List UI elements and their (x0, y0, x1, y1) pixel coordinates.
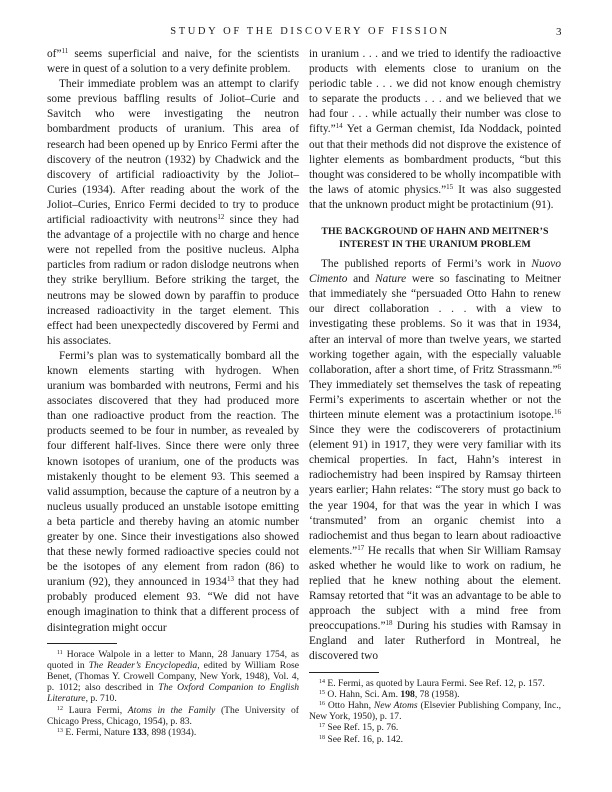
footnote-number: 17 (319, 723, 325, 729)
section-heading: THE BACKGROUND OF HAHN AND MEITNER’S INT… (309, 225, 561, 251)
left-footnotes: 11 Horace Walpole in a letter to Mann, 2… (47, 649, 299, 739)
italic-text: Atoms in the Family (128, 705, 215, 716)
footnote-ref: 16 (554, 408, 561, 416)
paragraph-p1: of”11 seems superficial and naive, for t… (47, 47, 299, 77)
footnote-rule (47, 643, 117, 644)
right-body-text-top: in uranium . . . and we tried to identif… (309, 47, 561, 213)
footnote-12: 12 Laura Fermi, Atoms in the Family (The… (47, 705, 299, 727)
italic-text: New Atoms (374, 700, 418, 711)
section-heading-line-2: INTEREST IN THE URANIUM PROBLEM (309, 238, 561, 251)
footnote-number: 16 (319, 701, 325, 707)
running-head: STUDY OF THE DISCOVERY OF FISSION (130, 26, 490, 37)
footnote-number: 12 (57, 706, 63, 712)
footnote-ref: 6 (558, 363, 562, 371)
footnote-15: 15 O. Hahn, Sci. Am. 198, 78 (1958). (309, 689, 561, 700)
footnote-number: 14 (319, 679, 325, 685)
footnote-ref: 15 (446, 183, 453, 191)
page-header: STUDY OF THE DISCOVERY OF FISSION 3 (0, 26, 612, 42)
footnote-number: 18 (319, 735, 325, 741)
footnote-ref: 13 (227, 575, 234, 583)
footnote-rule (309, 672, 379, 673)
italic-text: Nature (375, 273, 406, 285)
paragraph-p4: in uranium . . . and we tried to identif… (309, 47, 561, 213)
left-body-text: of”11 seems superficial and naive, for t… (47, 47, 299, 636)
footnote-17: 17 See Ref. 15, p. 76. (309, 722, 561, 733)
footnote-number: 13 (57, 728, 63, 734)
right-body-text-bottom: The published reports of Fermi’s work in… (309, 257, 561, 665)
footnote-ref: 14 (336, 122, 343, 130)
page-number: 3 (556, 26, 562, 38)
italic-text: The Reader’s Encyclopedia (89, 660, 198, 671)
footnote-18: 18 See Ref. 16, p. 142. (309, 734, 561, 745)
right-footnotes: 14 E. Fermi, as quoted by Laura Fermi. S… (309, 678, 561, 745)
right-column: in uranium . . . and we tried to identif… (309, 47, 561, 745)
footnote-16: 16 Otto Hahn, New Atoms (Elsevier Publis… (309, 700, 561, 722)
section-heading-line-1: THE BACKGROUND OF HAHN AND MEITNER’S (309, 225, 561, 238)
bold-text: 133 (132, 727, 146, 738)
footnote-number: 11 (57, 650, 63, 656)
footnote-13: 13 E. Fermi, Nature 133, 898 (1934). (47, 727, 299, 738)
italic-text: Nuovo Cimento (309, 258, 561, 285)
footnote-11: 11 Horace Walpole in a letter to Mann, 2… (47, 649, 299, 705)
footnote-ref: 11 (61, 47, 68, 55)
paragraph-p2: Their immediate problem was an attempt t… (47, 77, 299, 349)
footnote-ref: 12 (217, 213, 224, 221)
footnote-number: 15 (319, 690, 325, 696)
paragraph-p3: Fermi’s plan was to systematically bomba… (47, 349, 299, 636)
paragraph-p5: The published reports of Fermi’s work in… (309, 257, 561, 665)
footnote-14: 14 E. Fermi, as quoted by Laura Fermi. S… (309, 678, 561, 689)
bold-text: 198 (400, 689, 414, 700)
left-column: of”11 seems superficial and naive, for t… (47, 47, 299, 738)
footnote-ref: 18 (386, 619, 393, 627)
italic-text: The Oxford Companion to English Literatu… (47, 682, 299, 704)
footnote-ref: 17 (357, 544, 364, 552)
